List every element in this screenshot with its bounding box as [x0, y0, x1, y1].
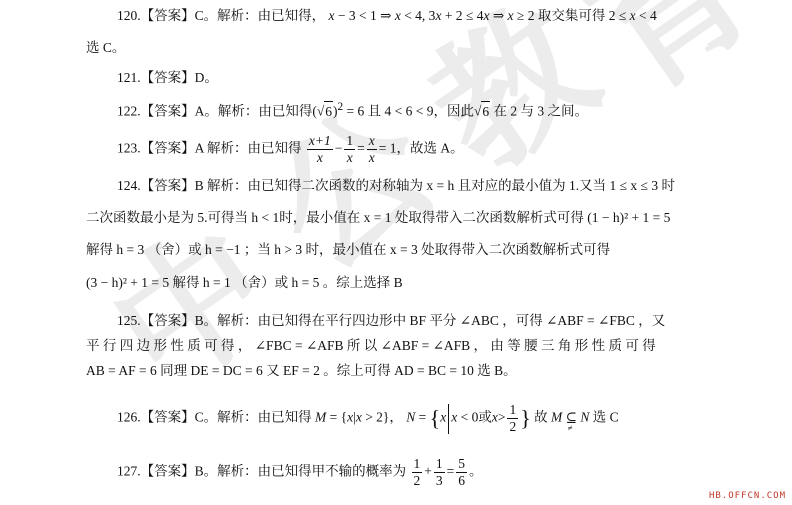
question-number: 120. — [117, 8, 141, 23]
answer-125-line-1: 125.【答案】B。解析：由已知得在平行四边形中 BF 平分 ∠ABC ，可得 … — [117, 311, 665, 331]
answer-tag: 【答案】 — [141, 8, 195, 23]
answer-125-line-3: AB = AF = 6 同理 DE = DC = 6 又 EF = 2 。综上可… — [86, 361, 517, 381]
analysis-text: 选 C。 — [86, 40, 125, 55]
analysis-text: 。解析：由已知得 — [204, 410, 312, 425]
analysis-text: 解析：由已知得二次函数的对称轴为 x = h 且对应的最小值为 1.又当 1 ≤… — [207, 178, 675, 193]
analysis-text: 。解析：由已知得甲不输的概率为 — [204, 464, 407, 479]
analysis-text: AB = AF = 6 同理 DE = DC = 6 又 EF = 2 。综上可… — [86, 363, 517, 378]
answer-choice: D — [195, 70, 205, 85]
answer-choice: C — [195, 8, 204, 23]
analysis-text: ，故选 A。 — [397, 141, 464, 156]
analysis-text: 。 — [469, 464, 483, 479]
fraction: 56 — [456, 456, 467, 489]
analysis-text: 。解析：由已知得在平行四边形中 BF 平分 ∠ABC ，可得 ∠ABF = ∠F… — [204, 313, 666, 328]
answer-122: 122.【答案】A。解析：由已知得(√6)2 = 6 且 4 < 6 < 9，因… — [117, 97, 588, 122]
answer-126: 126.【答案】C。解析：由已知得 M = {x|x > 2}， N = {xx… — [117, 402, 619, 435]
analysis-text: 二次函数最小是为 5.可得当 h < 1时，最小值在 x = 1 处取得带入二次… — [86, 210, 670, 225]
answer-124-line-2: 二次函数最小是为 5.可得当 h < 1时，最小值在 x = 1 处取得带入二次… — [86, 208, 670, 228]
question-number: 123. — [117, 141, 141, 156]
analysis-text: 。 — [204, 70, 218, 85]
answer-tag: 【答案】 — [141, 70, 195, 85]
answer-tag: 【答案】 — [141, 464, 195, 479]
answer-124-line-4: (3 − h)² + 1 = 5 解得 h = 1 （舍）或 h = 5 。综上… — [86, 273, 403, 293]
analysis-text: 。解析：由已知得， — [204, 8, 326, 23]
document-page: 120.【答案】C。解析：由已知得， x − 3 < 1 ⇒ x < 4, 3x… — [0, 0, 792, 505]
analysis-text: 。解析：由已知得 — [204, 104, 312, 119]
question-number: 122. — [117, 104, 141, 119]
fraction: 13 — [434, 456, 445, 489]
fraction: x+1x — [307, 133, 333, 166]
answer-tag: 【答案】 — [141, 104, 195, 119]
question-number: 126. — [117, 410, 141, 425]
answer-127: 127.【答案】B。解析：由已知得甲不输的概率为 12+13=56。 — [117, 456, 483, 489]
site-logo: HB.OFFCN.COM — [709, 491, 786, 501]
fraction: 1x — [344, 133, 355, 166]
answer-tag: 【答案】 — [141, 313, 195, 328]
answer-choice: A — [195, 104, 205, 119]
analysis-text: 解析：由已知得 — [204, 141, 302, 156]
analysis-text: 平 行 四 边 形 性 质 可 得 ， ∠FBC = ∠AFB 所 以 ∠ABF… — [86, 338, 656, 353]
answer-tag: 【答案】 — [141, 178, 195, 193]
answer-tag: 【答案】 — [141, 141, 195, 156]
fraction: 12 — [412, 456, 423, 489]
answer-123: 123.【答案】A 解析：由已知得 x+1x−1x=xx= 1，故选 A。 — [117, 133, 464, 166]
answer-120-line-2: 选 C。 — [86, 38, 125, 58]
fraction: 12 — [507, 402, 518, 435]
answer-choice: A — [195, 141, 204, 156]
answer-tag: 【答案】 — [141, 410, 195, 425]
answer-choice: B — [195, 313, 204, 328]
answer-choice: B — [195, 464, 204, 479]
answer-choice: C — [195, 410, 204, 425]
answer-125-line-2: 平 行 四 边 形 性 质 可 得 ， ∠FBC = ∠AFB 所 以 ∠ABF… — [86, 336, 656, 356]
question-number: 124. — [117, 178, 141, 193]
analysis-text: 在 2 与 3 之间。 — [490, 104, 588, 119]
analysis-text: ，因此 — [434, 104, 475, 119]
analysis-text: (3 − h)² + 1 = 5 解得 h = 1 （舍）或 h = 5 。综上… — [86, 275, 403, 290]
answer-120-line-1: 120.【答案】C。解析：由已知得， x − 3 < 1 ⇒ x < 4, 3x… — [117, 6, 657, 26]
fraction: xx — [367, 133, 377, 166]
question-number: 121. — [117, 70, 141, 85]
answer-124-line-3: 解得 h = 3 （舍）或 h = −1 ；当 h > 3 时，最小值在 x =… — [86, 240, 610, 260]
question-number: 125. — [117, 313, 141, 328]
answer-121: 121.【答案】D。 — [117, 68, 218, 88]
analysis-text: 解得 h = 3 （舍）或 h = −1 ；当 h > 3 时，最小值在 x =… — [86, 242, 610, 257]
answer-choice: B — [195, 178, 204, 193]
analysis-text: 取交集可得 — [534, 8, 608, 23]
math-expression: x — [329, 8, 335, 23]
question-number: 127. — [117, 464, 141, 479]
answer-124-line-1: 124.【答案】B 解析：由已知得二次函数的对称轴为 x = h 且对应的最小值… — [117, 176, 675, 196]
